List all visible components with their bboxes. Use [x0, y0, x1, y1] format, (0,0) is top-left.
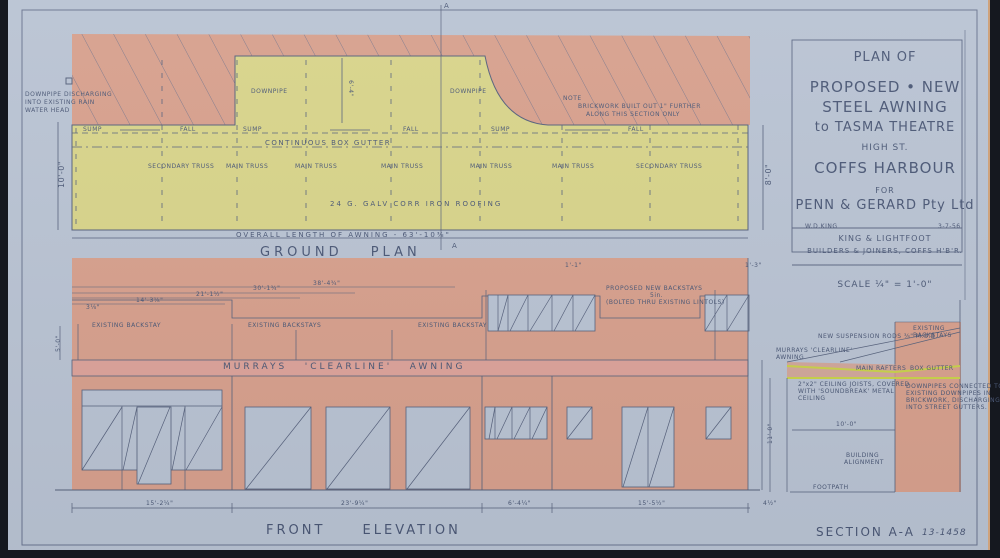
sump-label-2: SUMP: [243, 126, 262, 133]
existing-backstays-1: EXISTING: [913, 325, 945, 332]
roofing-label: 24 G. GALV CORR IRON ROOFING: [330, 200, 502, 208]
dim-bottom: 23'-9¼": [341, 500, 368, 507]
dim-top: 14'-3⅝": [136, 297, 163, 304]
dim-10-0: 10'-0": [57, 161, 66, 188]
dim-1-3: 1'-3": [745, 262, 762, 269]
downpipes-label-3: BRICKWORK, DISCHARGING: [906, 397, 1000, 404]
truss-label: SECONDARY TRUSS: [148, 163, 214, 170]
drawing-number: 13-1458: [922, 528, 967, 538]
fall-label-1: FALL: [180, 126, 196, 133]
drawing-sheet: PLAN OF PROPOSED • NEW STEEL AWNING to T…: [8, 0, 990, 550]
gutter-label: CONTINUOUS BOX GUTTER: [265, 139, 391, 147]
dim-bottom: 6'-4¼": [508, 500, 531, 507]
title-line-2: PROPOSED • NEW: [795, 78, 975, 96]
section-marker-bottom: A: [452, 242, 458, 250]
note-title: NOTE: [563, 95, 582, 102]
section-marker-top: A: [444, 2, 450, 10]
dim-1-1: 1'-1": [565, 262, 582, 269]
downpipe-label-2: DOWNPIPE: [450, 88, 487, 95]
fall-label-2: FALL: [403, 126, 419, 133]
section-heading: SECTION A-A: [816, 525, 915, 539]
dim-6-4: 6'-4": [347, 80, 354, 97]
drawing-date: 3-7-56: [938, 223, 961, 230]
fall-label-3: FALL: [628, 126, 644, 133]
downpipe-note-2: INTO EXISTING RAIN: [25, 99, 95, 106]
downpipe-label-1: DOWNPIPE: [251, 88, 288, 95]
backstay-label: EXISTING BACKSTAYS: [248, 322, 321, 329]
murrays-label-1: MURRAYS 'CLEARLINE': [776, 347, 852, 354]
title-line-7: FOR: [795, 186, 975, 195]
scale-label: SCALE ¼" = 1'-0": [795, 280, 975, 290]
ceiling-label-1: 2"x2" CEILING JOISTS, COVERED: [798, 381, 910, 388]
front-elevation-heading: FRONT ELEVATION: [266, 523, 461, 538]
sump-label-1: SUMP: [83, 126, 102, 133]
proposed-backstays-3: (BOLTED THRU EXISTING LINTOLS): [606, 299, 725, 306]
truss-label: MAIN TRUSS: [552, 163, 594, 170]
truss-label: MAIN TRUSS: [470, 163, 512, 170]
title-line-3: STEEL AWNING: [795, 98, 975, 116]
section-width: 10'-0": [836, 421, 857, 428]
dim-8-0: 8'-0": [764, 164, 773, 185]
dim-top: 30'-1¾": [253, 285, 280, 292]
dim-bottom: 15'-5½": [638, 500, 665, 507]
note-text-1: BRICKWORK BUILT OUT 1" FURTHER: [578, 103, 701, 110]
downpipe-note-3: WATER HEAD: [25, 107, 70, 114]
murrays-label-2: AWNING: [776, 354, 804, 361]
title-line-1: PLAN OF: [795, 50, 975, 65]
truss-label: MAIN TRUSS: [295, 163, 337, 170]
ceiling-label-3: CEILING: [798, 395, 826, 402]
dim-5-0: 5'-0": [55, 335, 62, 352]
note-text-2: ALONG THIS SECTION ONLY: [586, 111, 680, 118]
footpath-label: FOOTPATH: [813, 484, 849, 491]
proposed-backstays-2: 5in.: [650, 292, 663, 299]
title-line-5: HIGH ST.: [795, 143, 975, 153]
backstay-label: EXISTING BACKSTAY: [418, 322, 487, 329]
title-line-8: PENN & GERARD Pty Ltd: [795, 198, 975, 213]
ground-plan-heading: GROUND PLAN: [260, 245, 421, 260]
dim-11-0: 11'-0": [767, 423, 774, 444]
dim-top: 3⅛": [86, 304, 100, 311]
truss-label: SECONDARY TRUSS: [636, 163, 702, 170]
proposed-backstays-1: PROPOSED NEW BACKSTAYS: [606, 285, 702, 292]
truss-label: MAIN TRUSS: [226, 163, 268, 170]
downpipes-label-4: INTO STREET GUTTERS.: [906, 404, 987, 411]
dim-top: 38'-4¾": [313, 280, 340, 287]
building-alignment-2: ALIGNMENT: [844, 459, 884, 466]
backstay-label: EXISTING BACKSTAY: [92, 322, 161, 329]
rafters-label: MAIN RAFTERS: [856, 365, 906, 372]
building-alignment-1: BUILDING: [846, 452, 879, 459]
builder-line-1: KING & LIGHTFOOT: [795, 234, 975, 243]
awning-label: MURRAYS 'CLEARLINE' AWNING: [223, 362, 465, 372]
downpipes-label-2: EXISTING DOWNPIPES IN: [906, 390, 991, 397]
dim-bottom: 4½": [763, 500, 777, 507]
sump-label-3: SUMP: [491, 126, 510, 133]
builder-line-2: BUILDERS & JOINERS, COFFS H'B'R.: [795, 247, 975, 255]
box-gutter-label: BOX GUTTER: [910, 365, 954, 372]
dim-bottom: 15'-2¼": [146, 500, 173, 507]
title-line-4: to TASMA THEATRE: [795, 120, 975, 135]
truss-label: MAIN TRUSS: [381, 163, 423, 170]
downpipes-label-1: DOWNPIPES CONNECTED TO: [906, 383, 1000, 390]
dim-top: 21'-1½": [196, 291, 223, 298]
ceiling-label-2: WITH 'SOUNDBREAK' METAL: [798, 388, 894, 395]
drawn-by: W.D.KING: [805, 223, 838, 230]
title-line-6: COFFS HARBOUR: [795, 159, 975, 177]
downpipe-note-1: DOWNPIPE DISCHARGING: [25, 91, 112, 98]
existing-backstays-2: BACKSTAYS: [913, 332, 952, 339]
overall-length: OVERALL LENGTH OF AWNING - 63'-10⅜": [236, 231, 451, 239]
